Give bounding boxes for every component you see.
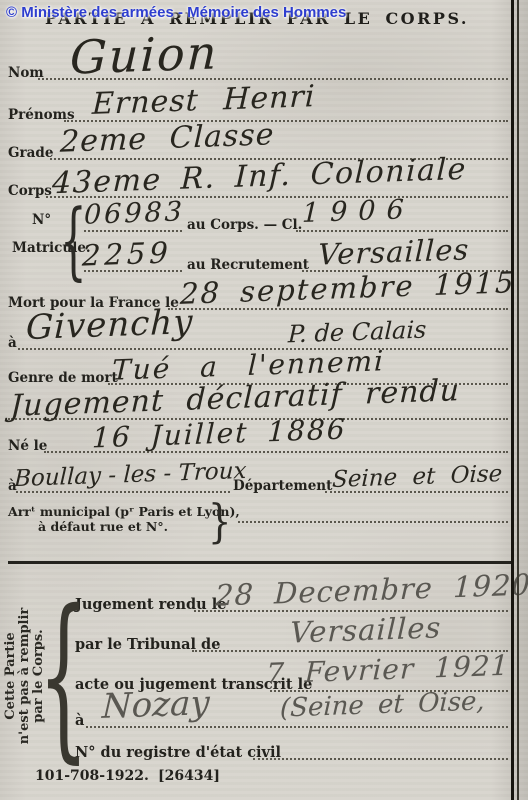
naissance-lieu-dotted-line [16,491,230,493]
matricule-corps-dotted-line [84,230,182,232]
mort-lieu-departement-value: P. de Calais [288,318,427,347]
au-corps-label: au Corps. — Cl. [187,218,302,232]
reference-number: [26434] [158,768,220,784]
arrondissement-label-line2: à défaut rue et N°. [38,520,168,534]
registre-label: N° du registre d'état civil [75,745,281,760]
mort-value: 28 septembre 1915 [180,268,516,309]
jugement-rendu-value: 28 Decembre 1920 [215,570,528,610]
ne-le-label: Né le [8,439,47,453]
classe-dotted-line [296,230,508,232]
transcription-lieu-departement-value: (Seine et Oise, [280,688,486,721]
transcrit-value: 7 Fevrier 1921 [266,652,510,689]
transcription-lieu-dotted-line [86,726,508,728]
margin-note-line1: Cette Partie [4,586,18,766]
nom-value: Guion [69,29,219,80]
naissance-lieu-value: Boullay - les - Troux [14,460,247,491]
registre-dotted-line [253,758,508,760]
grade-value: 2eme Classe [60,120,275,158]
document-page: © Ministère des armées - Mémoire des Hom… [0,0,528,800]
arrondissement-brace: } [208,498,231,544]
arrondissement-dotted-line [238,521,508,523]
copyright-watermark: © Ministère des armées - Mémoire des Hom… [6,4,346,21]
matricule-no-label: N° [32,213,51,227]
tribunal-value: Versailles [290,613,442,647]
transcription-lieu-value: Nozay [101,686,210,724]
mort-lieu-value: Givenchy [25,305,194,345]
departement-value: Seine et Oise [332,463,503,492]
matricule-corps-value: 06983 [84,198,186,229]
departement-label: Département [233,479,332,493]
au-recrutement-label: au Recrutement [187,258,309,272]
corps-value: 43eme R. Inf. Coloniale [52,155,468,200]
mort-lieu-label: à [8,336,17,350]
recrutement-value: Versailles [318,235,470,269]
prenoms-value: Ernest Henri [92,82,316,120]
bottom-section-brace: { [38,584,89,768]
arrondissement-label-line1: Arrᵗ municipal (pʳ Paris et Lyon), [8,505,240,519]
classe-value: 1906 [302,196,416,227]
grade-label: Grade [8,146,53,160]
binding-edge-line-inner [517,0,519,800]
margin-note-line2: n'est pas à remplir [18,586,32,766]
section-separator-rule [8,561,512,564]
ne-le-value: 16 Juillet 1886 [92,416,347,453]
binding-edge-line-outer [511,0,514,800]
genre-de-mort-label: Genre de mort [8,371,118,385]
matricule-recrutement-value: 2259 [82,238,173,270]
